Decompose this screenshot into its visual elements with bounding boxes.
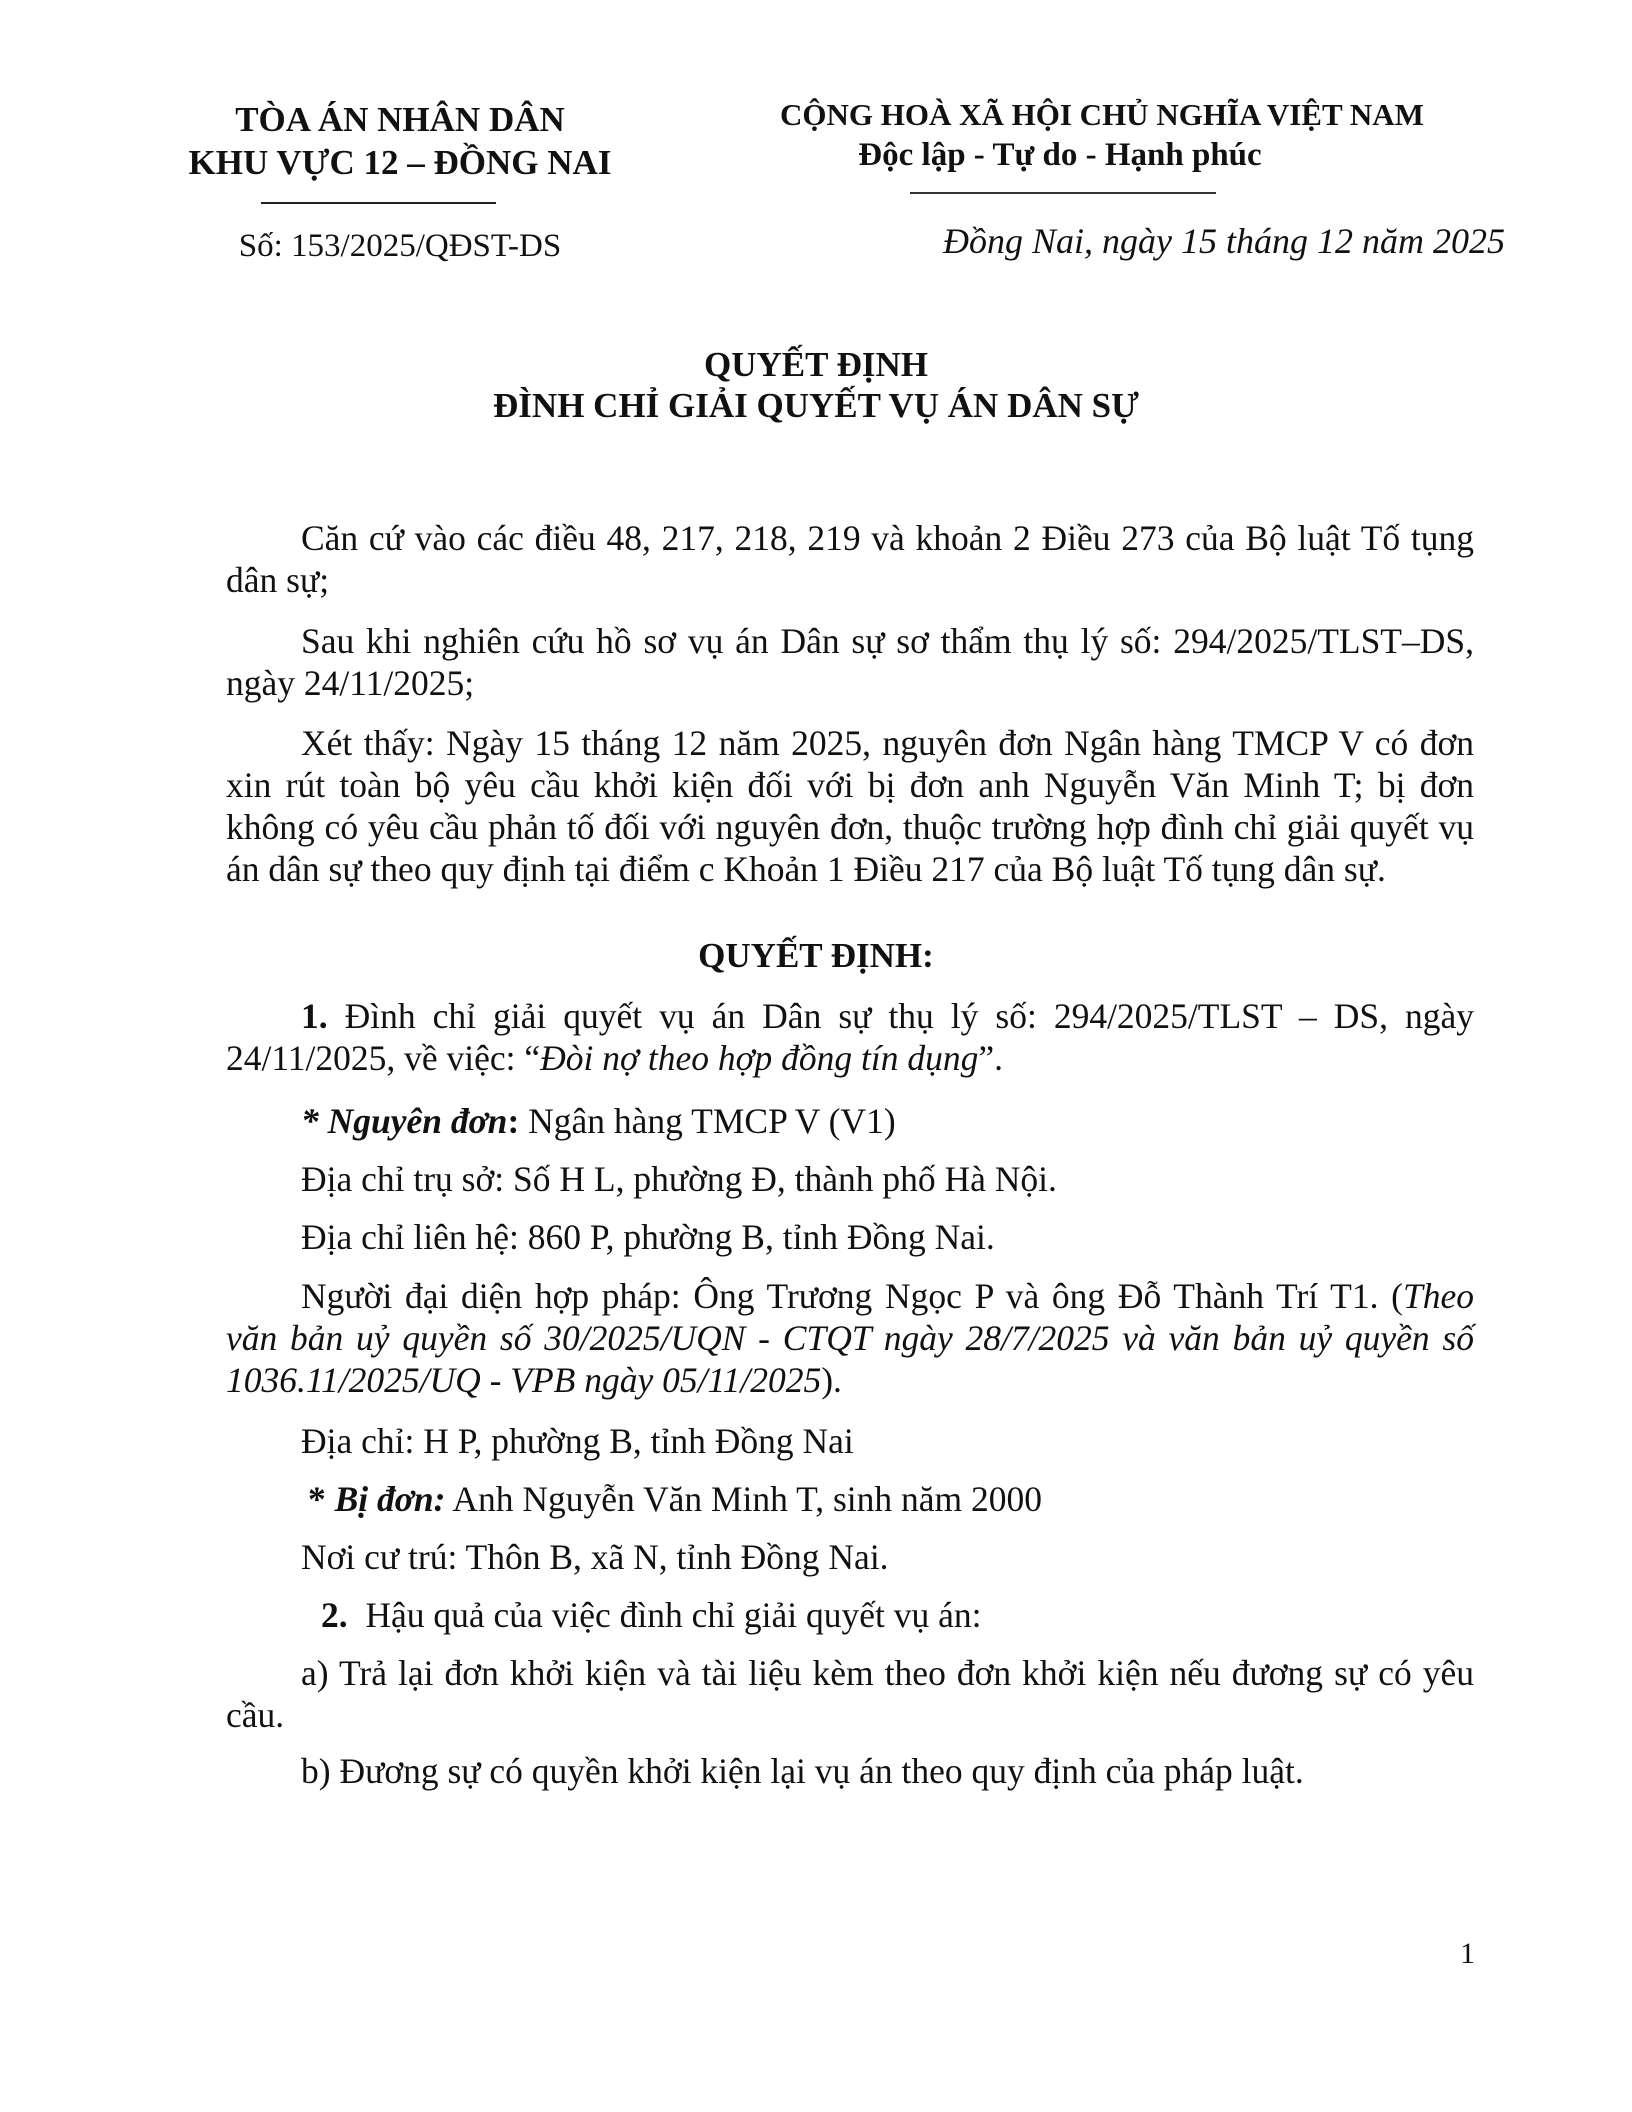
findings-paragraph: Xét thấy: Ngày 15 tháng 12 năm 2025, ngu… [226, 722, 1474, 890]
national-motto: Độc lập - Tự do - Hạnh phúc [800, 135, 1320, 175]
item-1-number: 1. [301, 996, 328, 1036]
plaintiff-contact-address: Địa chỉ liên hệ: 860 P, phường B, tỉnh Đ… [226, 1216, 1474, 1258]
document-subtitle: ĐÌNH CHỈ GIẢI QUYẾT VỤ ÁN DÂN SỰ [0, 386, 1632, 426]
court-name-line1: TÒA ÁN NHÂN DÂN [160, 100, 640, 140]
item-2-number: 2. [321, 1595, 348, 1635]
item-1-text-end: ”. [978, 1038, 1003, 1078]
plaintiff-label-colon: : [507, 1101, 519, 1141]
case-review-text: Sau khi nghiên cứu hồ sơ vụ án Dân sự sơ… [226, 620, 1474, 704]
defendant-residence-text: Nơi cư trú: Thôn B, xã N, tỉnh Đồng Nai. [226, 1536, 1474, 1578]
representative-text-end: ). [821, 1360, 842, 1400]
page-number: 1 [1460, 1936, 1475, 1972]
defendant-asterisk: * [308, 1479, 335, 1519]
decision-item-2: 2. Hậu quả của việc đình chỉ giải quyết … [226, 1594, 1474, 1636]
plaintiff-name: Ngân hàng TMCP V (V1) [519, 1101, 895, 1141]
plaintiff-label: * Nguyên đơn [301, 1101, 507, 1141]
consequence-a: a) Trả lại đơn khởi kiện và tài liệu kèm… [226, 1652, 1474, 1736]
consequence-b: b) Đương sự có quyền khởi kiện lại vụ án… [226, 1750, 1474, 1792]
legal-basis-paragraph: Căn cứ vào các điều 48, 217, 218, 219 và… [226, 517, 1474, 601]
plaintiff-line: * Nguyên đơn: Ngân hàng TMCP V (V1) [226, 1100, 1474, 1142]
republic-name: CỘNG HOÀ XÃ HỘI CHỦ NGHĨA VIỆT NAM [780, 97, 1305, 133]
plaintiff-contact-address-text: Địa chỉ liên hệ: 860 P, phường B, tỉnh Đ… [226, 1216, 1474, 1258]
plaintiff-head-office-text: Địa chỉ trụ sở: Số H L, phường Đ, thành … [226, 1158, 1474, 1200]
findings-text: Xét thấy: Ngày 15 tháng 12 năm 2025, ngu… [226, 722, 1474, 890]
defendant-line: * Bị đơn: Anh Nguyễn Văn Minh T, sinh nă… [226, 1478, 1474, 1520]
consequence-b-text: b) Đương sự có quyền khởi kiện lại vụ án… [226, 1750, 1474, 1792]
representative-text: Người đại diện hợp pháp: Ông Trương Ngọc… [301, 1276, 1403, 1316]
document-title: QUYẾT ĐỊNH [0, 345, 1632, 385]
decision-item-1: 1. Đình chỉ giải quyết vụ án Dân sự thụ … [226, 995, 1474, 1079]
decision-heading: QUYẾT ĐỊNH: [0, 935, 1632, 977]
case-subject: Đòi nợ theo hợp đồng tín dụng [540, 1038, 978, 1078]
defendant-name: Anh Nguyễn Văn Minh T, sinh năm 2000 [445, 1479, 1042, 1519]
place-and-date: Đồng Nai, ngày 15 tháng 12 năm 2025 [860, 220, 1505, 262]
document-number: Số: 153/2025/QĐST-DS [160, 226, 640, 266]
representative-address: Địa chỉ: H P, phường B, tỉnh Đồng Nai [226, 1420, 1474, 1462]
plaintiff-head-office: Địa chỉ trụ sở: Số H L, phường Đ, thành … [226, 1158, 1474, 1200]
representative-address-text: Địa chỉ: H P, phường B, tỉnh Đồng Nai [226, 1420, 1474, 1462]
defendant-label: Bị đơn: [335, 1479, 446, 1519]
case-review-paragraph: Sau khi nghiên cứu hồ sơ vụ án Dân sự sơ… [226, 620, 1474, 704]
consequence-a-text: a) Trả lại đơn khởi kiện và tài liệu kèm… [226, 1652, 1474, 1736]
plaintiff-representative: Người đại diện hợp pháp: Ông Trương Ngọc… [226, 1275, 1474, 1401]
item-2-text: Hậu quả của việc đình chỉ giải quyết vụ … [348, 1595, 982, 1635]
defendant-residence: Nơi cư trú: Thôn B, xã N, tỉnh Đồng Nai. [226, 1536, 1474, 1578]
header-right-divider [910, 192, 1216, 194]
header-left-divider [261, 202, 496, 204]
legal-basis-text: Căn cứ vào các điều 48, 217, 218, 219 và… [226, 517, 1474, 601]
court-name-line2: KHU VỰC 12 – ĐỒNG NAI [160, 143, 640, 183]
